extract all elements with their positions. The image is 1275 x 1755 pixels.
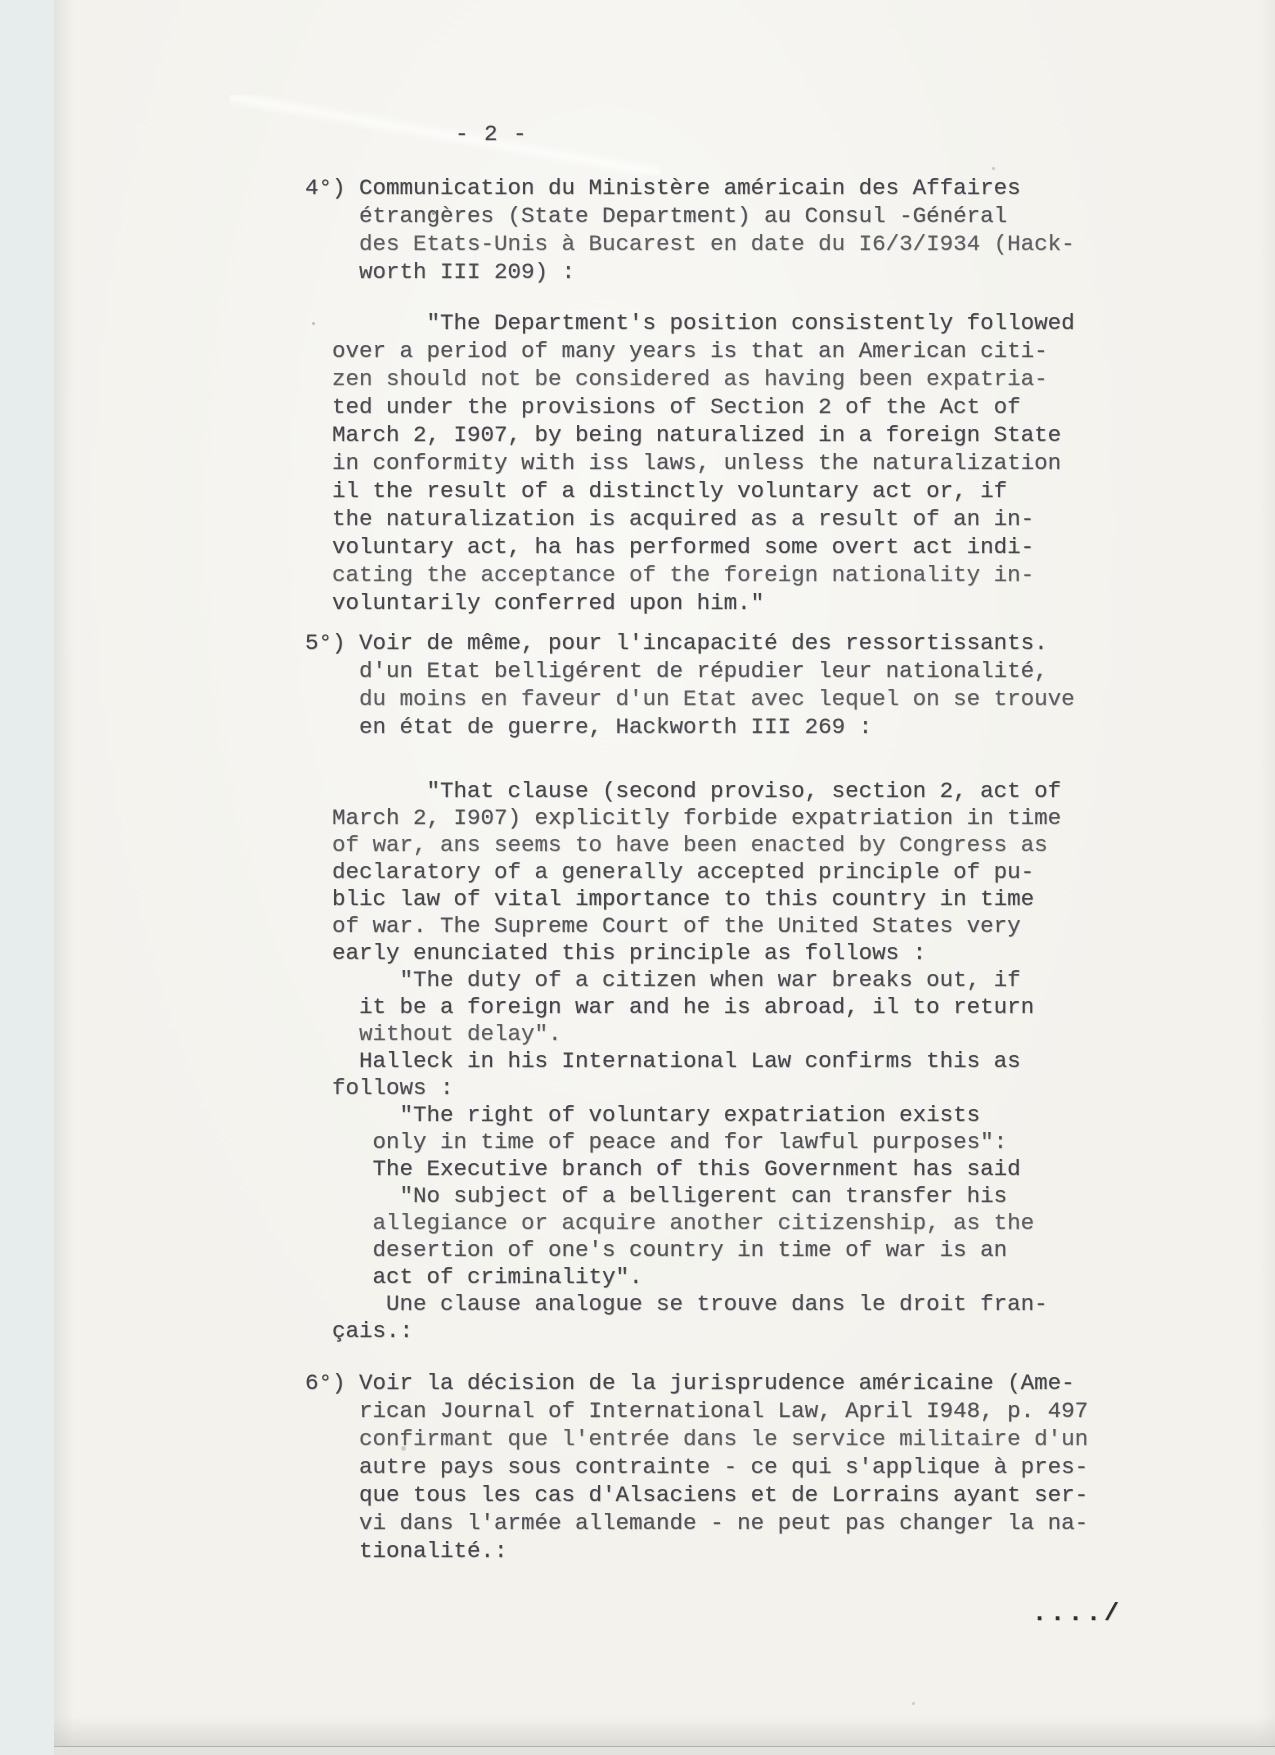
text-line: confirmant que l'entrée dans le service … (305, 1425, 1088, 1453)
text-line: d'un Etat belligérent de répudier leur n… (305, 657, 1075, 685)
text-line: The Executive branch of this Government … (305, 1156, 1061, 1183)
text-line: only in time of peace and for lawful pur… (305, 1129, 1061, 1156)
section-4-quote: "The Department's position consistently … (305, 309, 1075, 617)
text-line: in conformity with iss laws, unless the … (305, 449, 1075, 477)
text-line: zen should not be considered as having b… (305, 365, 1075, 393)
continuation-mark: ..../ (1032, 1600, 1122, 1628)
text-line: 5°) Voir de même, pour l'incapacité des … (305, 629, 1075, 657)
page-number: - 2 - (455, 120, 528, 148)
text-line: without delay". (305, 1021, 1061, 1048)
text-line: "No subject of a belligerent can transfe… (305, 1183, 1061, 1210)
text-line: worth III 209) : (305, 258, 1075, 286)
text-line: en état de guerre, Hackworth III 269 : (305, 713, 1075, 741)
text-line: 4°) Communication du Ministère américain… (305, 174, 1075, 202)
text-line: voluntary act, ha has performed some ove… (305, 533, 1075, 561)
scanned-document-page: - 2 - 4°) Communication du Ministère amé… (0, 0, 1275, 1755)
text-line: voluntarily conferred upon him." (305, 589, 1075, 617)
text-line: ted under the provisions of Section 2 of… (305, 393, 1075, 421)
text-line: il the result of a distinctly voluntary … (305, 477, 1075, 505)
text-line: vi dans l'armée allemande - ne peut pas … (305, 1509, 1088, 1537)
text-line: çais.: (305, 1318, 1061, 1345)
text-line: autre pays sous contrainte - ce qui s'ap… (305, 1453, 1088, 1481)
text-line: allegiance or acquire another citizenshi… (305, 1210, 1061, 1237)
section-5-quote: "That clause (second proviso, section 2,… (305, 778, 1061, 1345)
text-line: of war. The Supreme Court of the United … (305, 913, 1061, 940)
text-line: desertion of one's country in time of wa… (305, 1237, 1061, 1264)
text-line: des Etats-Unis à Bucarest en date du I6/… (305, 230, 1075, 258)
text-line: rican Journal of International Law, Apri… (305, 1397, 1088, 1425)
text-line: que tous les cas d'Alsaciens et de Lorra… (305, 1481, 1088, 1509)
paper-bottom-edge (54, 1746, 1275, 1755)
text-line: blic law of vital importance to this cou… (305, 886, 1061, 913)
text-line: étrangères (State Department) au Consul … (305, 202, 1075, 230)
text-line: du moins en faveur d'un Etat avec lequel… (305, 685, 1075, 713)
text-line: the naturalization is acquired as a resu… (305, 505, 1075, 533)
section-4-heading: 4°) Communication du Ministère américain… (305, 174, 1075, 286)
text-line: early enunciated this principle as follo… (305, 940, 1061, 967)
text-line: act of criminality". (305, 1264, 1061, 1291)
text-line: declaratory of a generally accepted prin… (305, 859, 1061, 886)
text-line: it be a foreign war and he is abroad, il… (305, 994, 1061, 1021)
text-line: tionalité.: (305, 1537, 1088, 1565)
text-line: 6°) Voir la décision de la jurisprudence… (305, 1369, 1088, 1397)
section-5-heading: 5°) Voir de même, pour l'incapacité des … (305, 629, 1075, 741)
text-line: of war, ans seems to have been enacted b… (305, 832, 1061, 859)
text-line: over a period of many years is that an A… (305, 337, 1075, 365)
text-line: "The Department's position consistently … (305, 309, 1075, 337)
text-line: "That clause (second proviso, section 2,… (305, 778, 1061, 805)
text-line: cating the acceptance of the foreign nat… (305, 561, 1075, 589)
section-6-heading: 6°) Voir la décision de la jurisprudence… (305, 1369, 1088, 1565)
text-line: follows : (305, 1075, 1061, 1102)
text-line: "The right of voluntary expatriation exi… (305, 1102, 1061, 1129)
text-line: March 2, I907, by being naturalized in a… (305, 421, 1075, 449)
text-line: March 2, I907) explicitly forbide expatr… (305, 805, 1061, 832)
text-line: "The duty of a citizen when war breaks o… (305, 967, 1061, 994)
text-line: Une clause analogue se trouve dans le dr… (305, 1291, 1061, 1318)
text-line: Halleck in his International Law confirm… (305, 1048, 1061, 1075)
